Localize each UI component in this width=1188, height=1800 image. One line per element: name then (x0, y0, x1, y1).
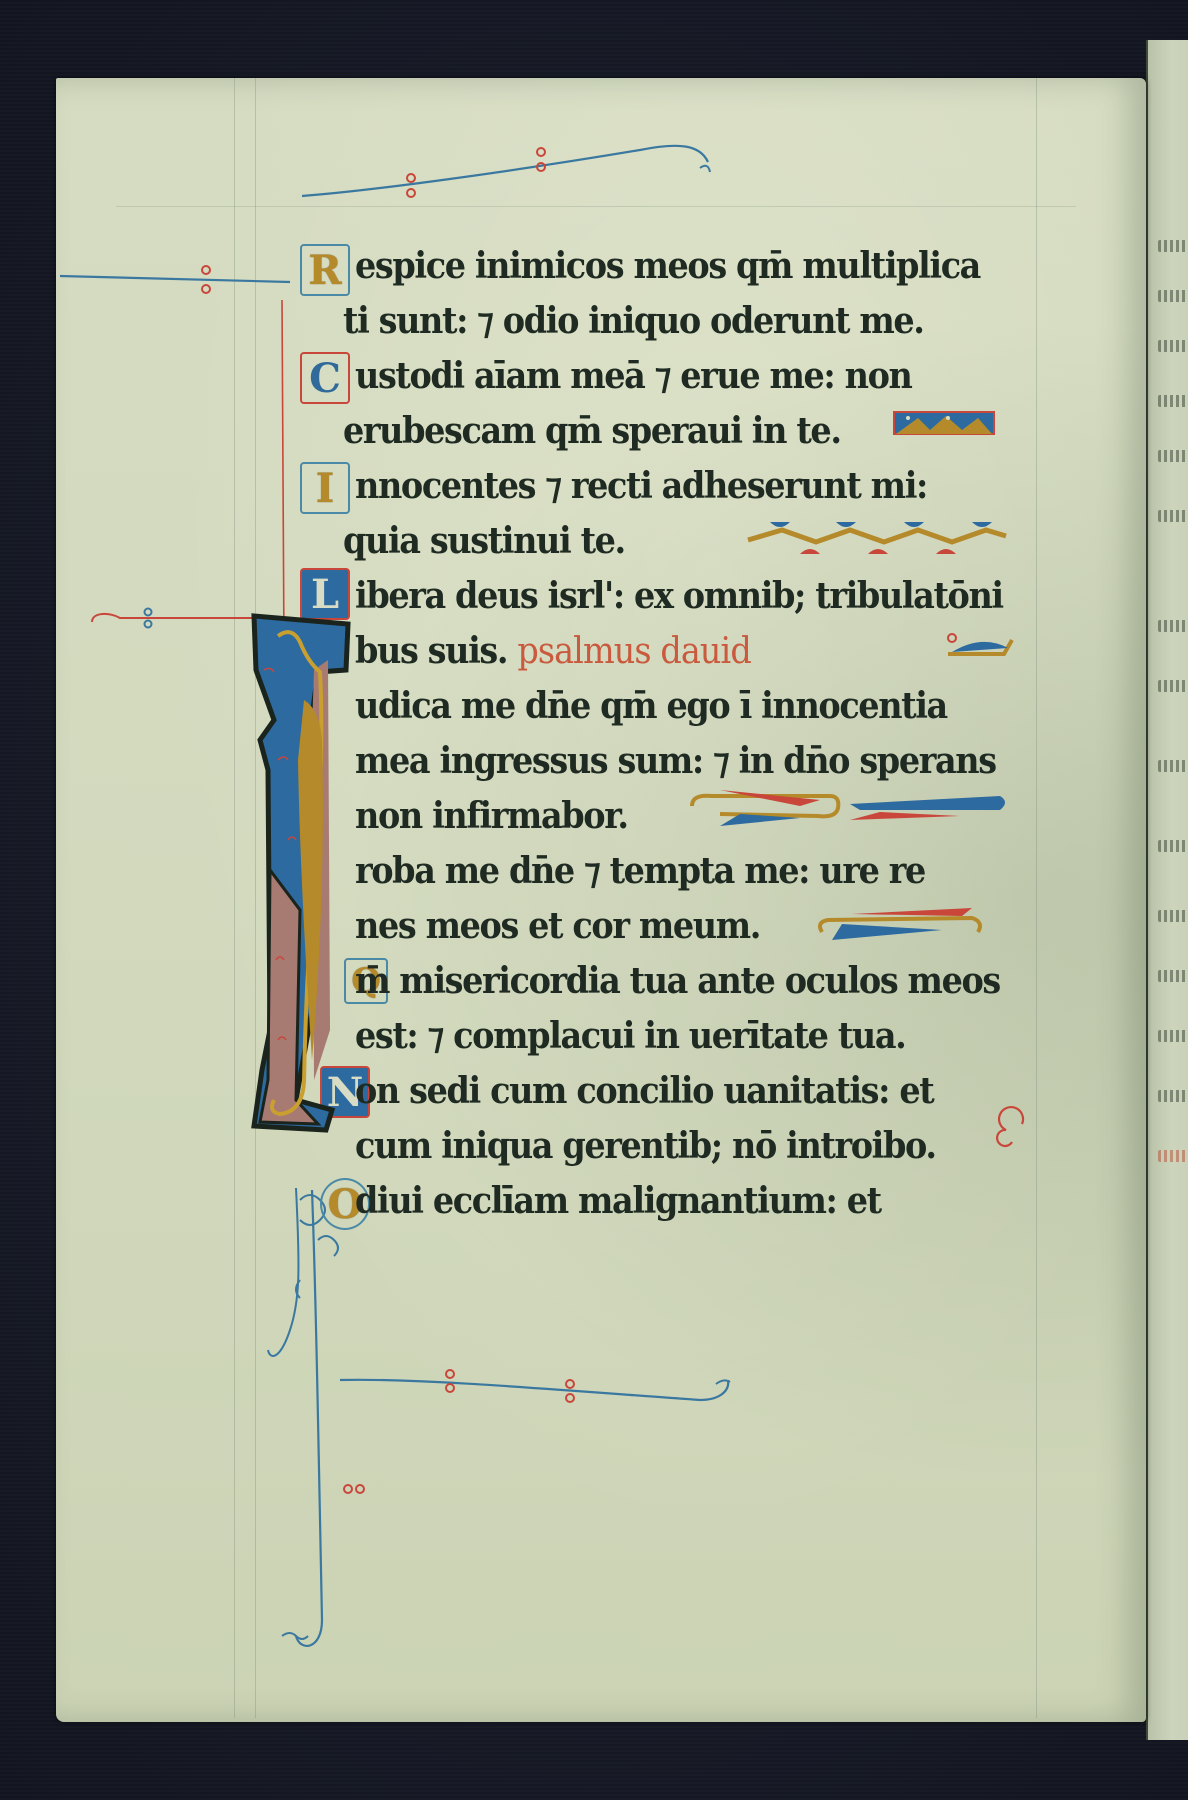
text-line: espice inimicos meos qm̄ multiplica (355, 240, 980, 292)
text-line: erubescam qm̄ speraui in te. (343, 405, 841, 457)
line-filler-ornament (680, 786, 1012, 830)
text-line: udica me dn̄e qm̄ ego ī innocentia (355, 680, 947, 732)
ruling-line (1036, 78, 1037, 1718)
text-line: ti sunt: ⁊ odio iniquo oderunt me. (343, 295, 924, 347)
text-line: ustodi aīam meā ⁊ erue me: non (355, 350, 911, 402)
text-line: mea ingressus sum: ⁊ in dn̄o sperans (355, 735, 996, 787)
ruling-line (234, 78, 235, 1718)
line-filler-ornament (812, 900, 992, 944)
rubric-psalmus-dauid: psalmus dauid (517, 631, 750, 672)
initial-i: I (300, 462, 350, 514)
line-filler-ornament (888, 406, 1008, 442)
line-filler-ornament (740, 518, 1012, 558)
initial-c: C (300, 352, 350, 404)
text-line: non infirmabor. (355, 790, 628, 842)
text-line: nes meos et cor meum. (355, 900, 760, 952)
initial-r: R (300, 244, 350, 296)
text-line: bus suis. psalmus dauid (355, 625, 751, 677)
text-line: roba me dn̄e ⁊ tempta me: ure re (355, 845, 925, 897)
text-line: est: ⁊ complacui in uerītate tua. (355, 1010, 905, 1062)
text-line: diui ecclīam malignantium: et (355, 1175, 881, 1227)
text-segment: bus suis. (355, 630, 507, 672)
facing-page-edge (1146, 40, 1188, 1740)
large-illuminated-initial-i (248, 610, 358, 1135)
text-line: on sedi cum concilio uanitatis: et (355, 1065, 933, 1117)
text-line: nnocentes ⁊ recti adheserunt mi: (355, 460, 927, 512)
text-line: m̄ misericordia tua ante oculos meos (355, 955, 1000, 1007)
ruling-line (116, 206, 1076, 207)
text-line: cum iniqua gerentib; nō introibo. (355, 1120, 936, 1172)
text-line: quia sustinui te. (343, 515, 625, 567)
line-filler-ornament (938, 630, 1022, 666)
text-line: ibera deus isrl': ex omnib; tribulatōni (355, 570, 1003, 622)
